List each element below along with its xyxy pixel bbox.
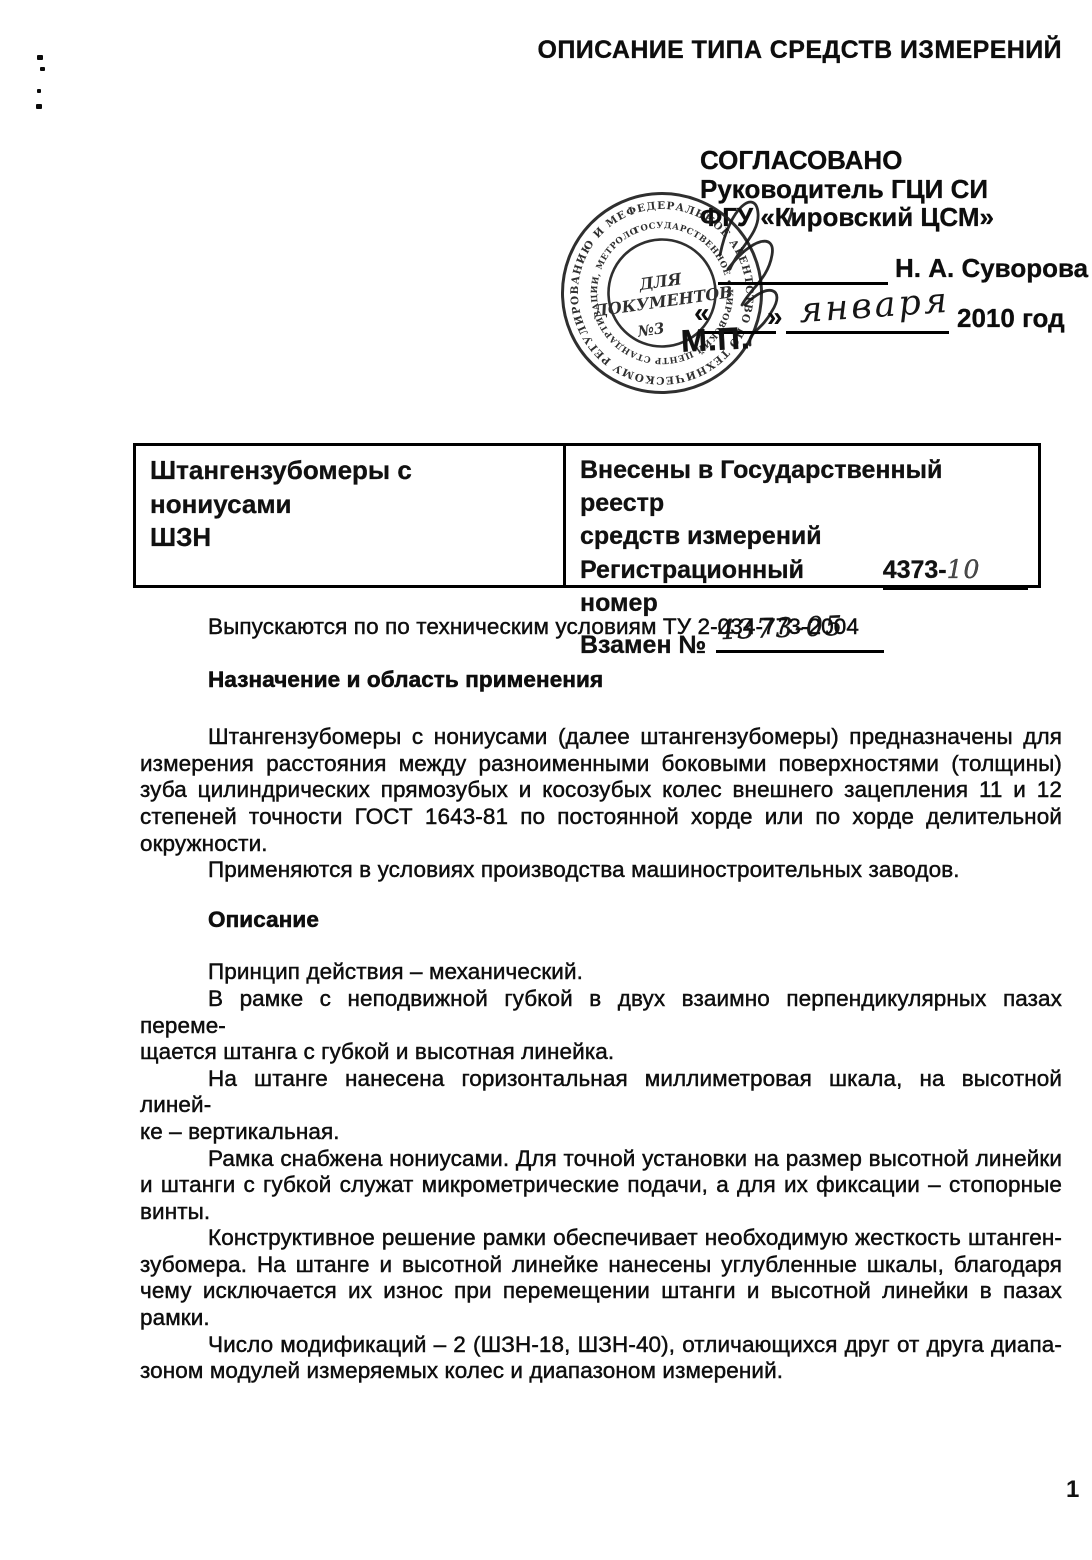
section2-paragraph: Принцип действия – механический. [140, 959, 1062, 986]
intro-line: Выпускаются по по техническим условиям Т… [208, 614, 1062, 641]
registration-number-row: Регистрационный номер 4373-10 [580, 553, 1028, 620]
scanned-document-page: ОПИСАНИЕ ТИПА СРЕДСТВ ИЗМЕРЕНИЙ СОГЛАСОВ… [0, 0, 1092, 1560]
section2-paragraph: На штанге нанесена горизонтальная миллим… [140, 1066, 1062, 1146]
scan-speck [36, 104, 42, 109]
registry-line1: Внесены в Государственный реестр [580, 454, 1028, 520]
page-number: 1 [1066, 1476, 1079, 1504]
registry-table: Штангензубомеры с нониусами ШЗН Внесены … [133, 443, 1041, 588]
document-type-header: ОПИСАНИЕ ТИПА СРЕДСТВ ИЗМЕРЕНИЙ [537, 36, 1062, 65]
document-body: Выпускаются по по техническим условиям Т… [140, 614, 1062, 1385]
section1-title: Назначение и область применения [208, 667, 1062, 694]
registry-info-cell: Внесены в Государственный реестр средств… [566, 446, 1038, 585]
scan-speck [40, 67, 45, 71]
stamp-number: №3 [636, 319, 666, 341]
instrument-name-cell: Штангензубомеры с нониусами ШЗН [136, 446, 566, 585]
section2-paragraph: Конструктивное решение рамки обеспечивае… [140, 1225, 1062, 1331]
section2-paragraph: Рамка снабжена нониусами. Для точной уст… [140, 1146, 1062, 1226]
approval-title: СОГЛАСОВАНО [700, 146, 994, 175]
registration-number-handwritten: 10 [947, 555, 981, 584]
section2-paragraph: В рамке с неподвижной губкой в двух взаи… [140, 986, 1062, 1066]
scan-speck [37, 89, 41, 93]
section1-paragraph: Применяются в условиях производства маши… [140, 857, 1062, 884]
registration-number-zone: 4373-10 [883, 553, 1028, 590]
seal-mark: М.П. [680, 320, 751, 360]
instrument-name-line2: ШЗН [150, 521, 551, 555]
section1-paragraph: Штангензубомеры с нониусами (далее штанг… [140, 724, 1062, 857]
date-year: 2010 год [957, 303, 1065, 334]
scan-speck [37, 55, 43, 60]
instrument-name-line1: Штангензубомеры с нониусами [150, 454, 551, 521]
section2-title: Описание [208, 907, 1062, 934]
section2-paragraph: Число модификаций – 2 (ШЗН-18, ШЗН-40), … [140, 1332, 1062, 1385]
registration-number-printed: 4373- [883, 556, 947, 584]
approval-signer-name: Н. А. Суворова [895, 253, 1088, 284]
registry-line2: средств измерений [580, 520, 1028, 553]
signature-line [718, 258, 888, 285]
